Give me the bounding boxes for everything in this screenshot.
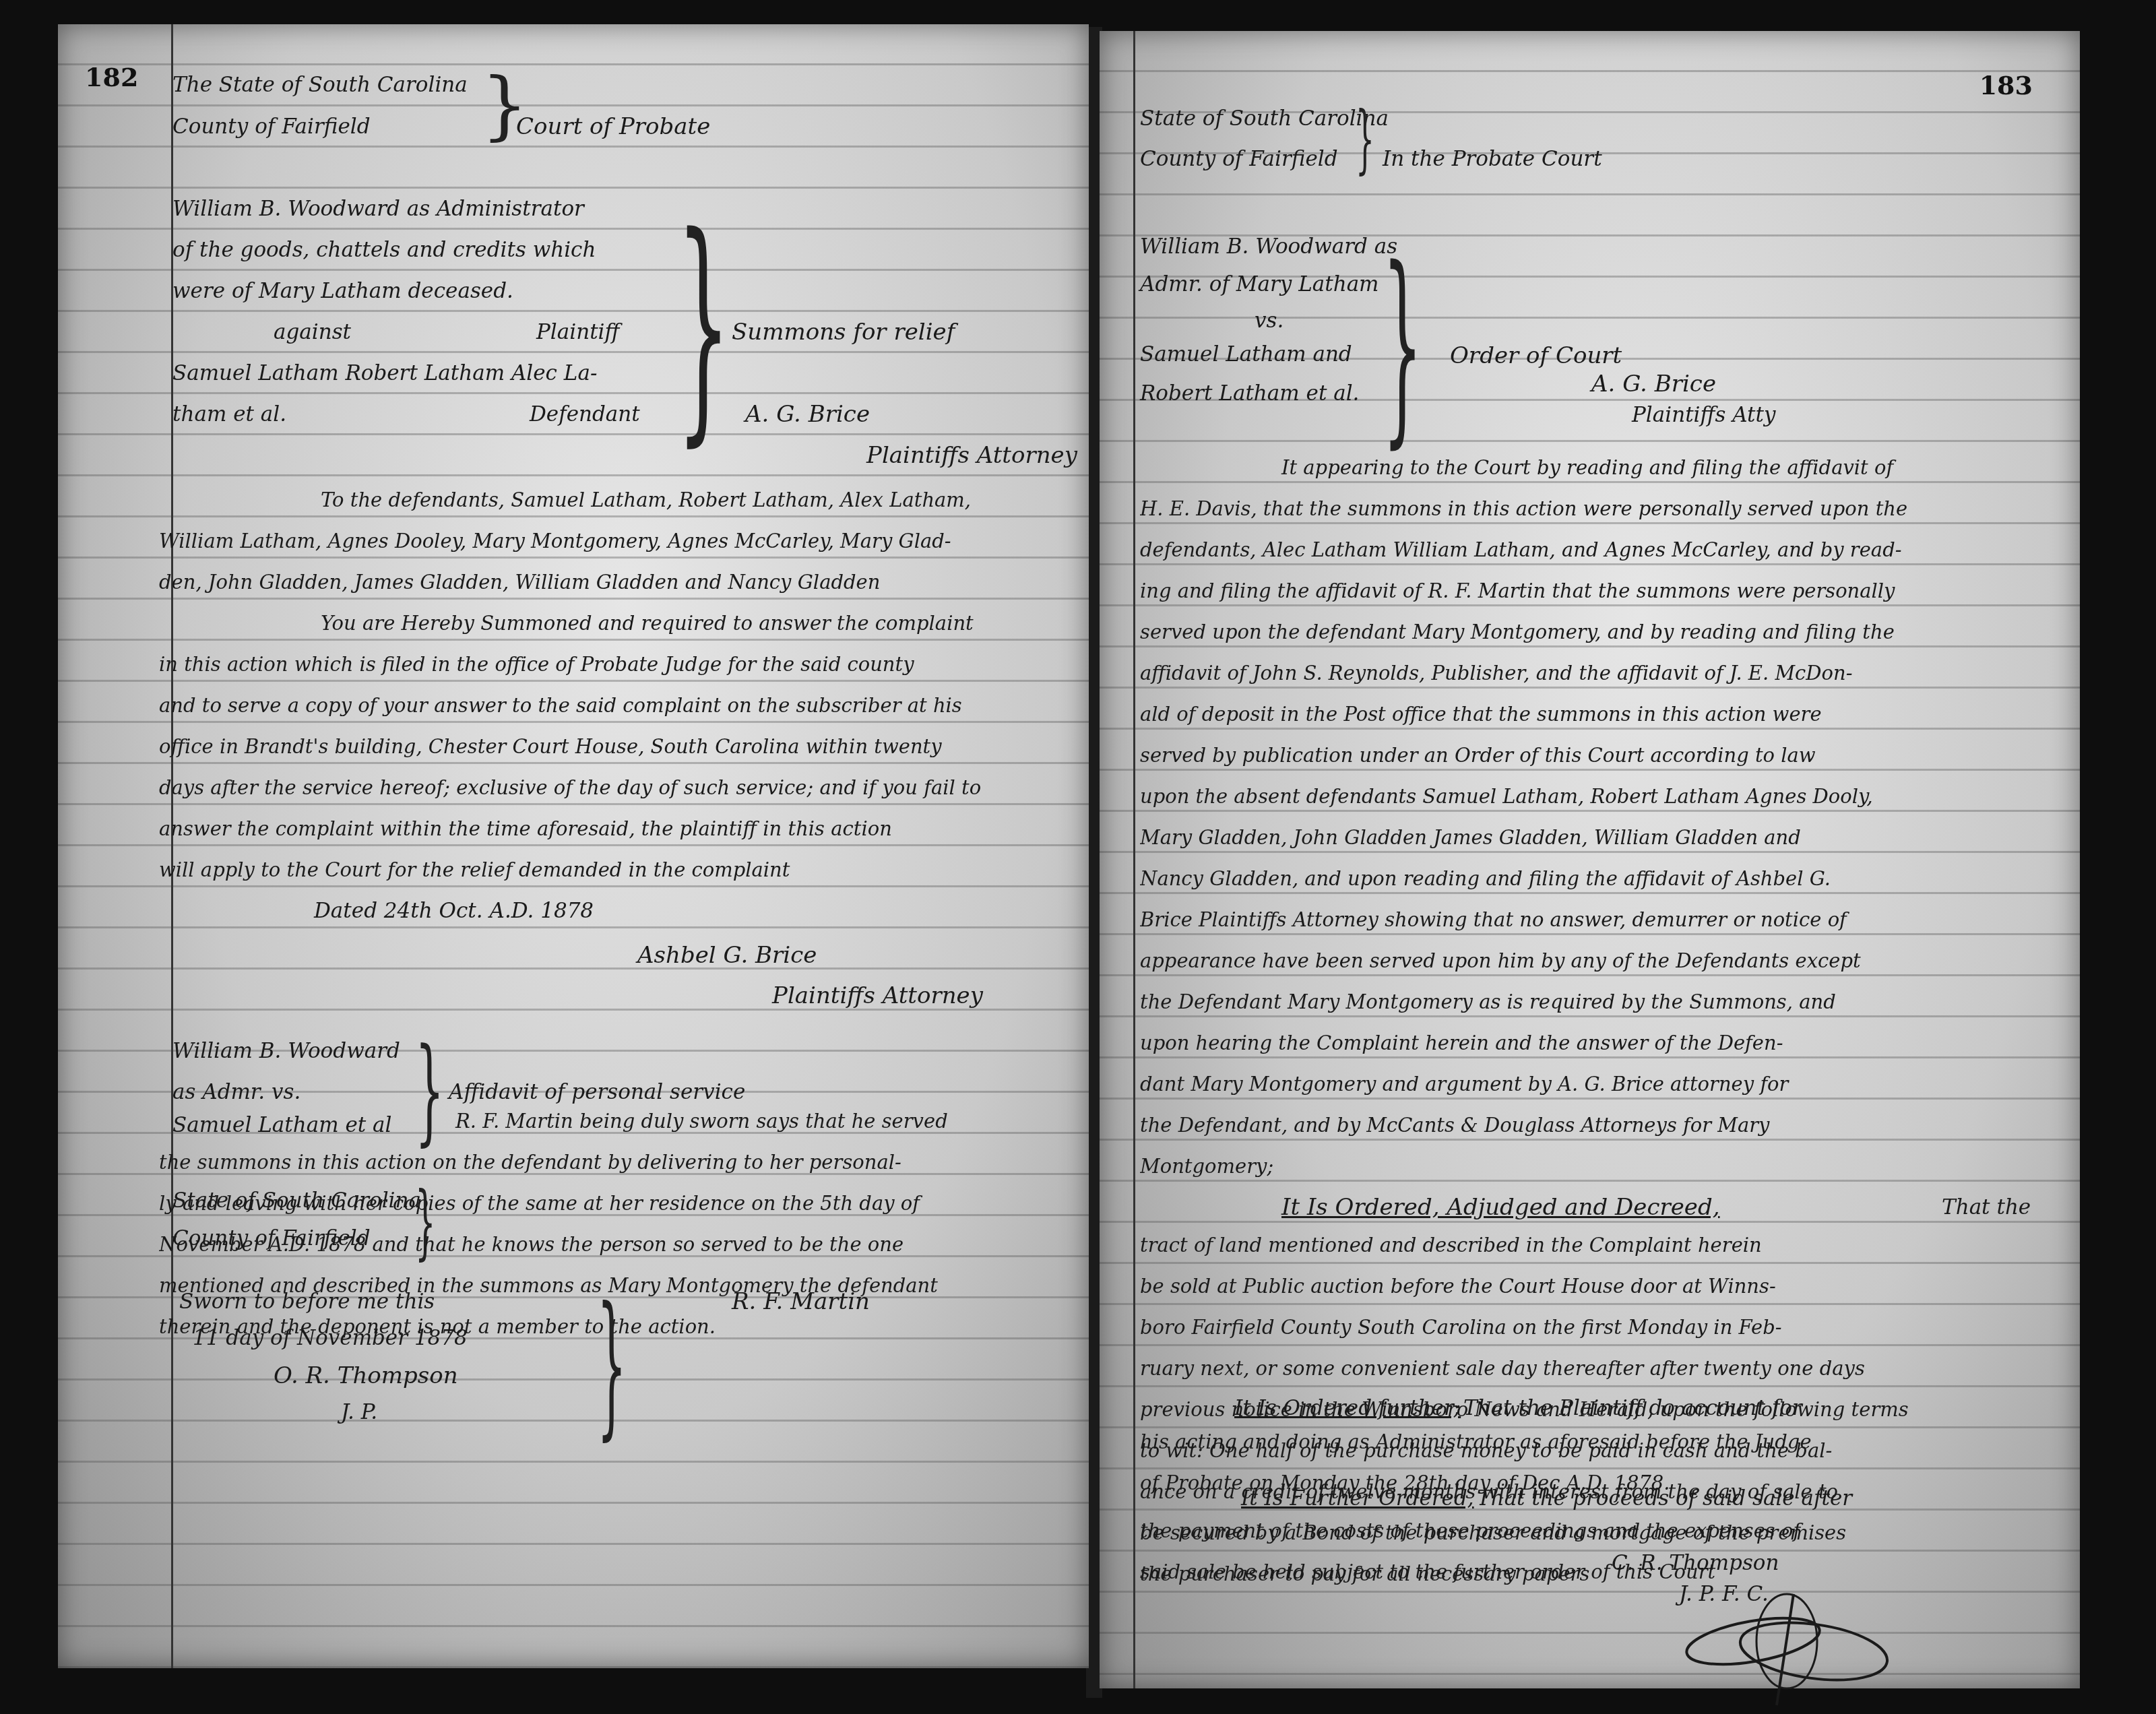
text-line: be sold at Public auction before the Cou… bbox=[1140, 1266, 2070, 1307]
text-line: the summons in this action on the defend… bbox=[159, 1142, 1082, 1183]
text-line: served by publication under an Order of … bbox=[1140, 735, 2070, 776]
signature-flourish-icon bbox=[1679, 1581, 1922, 1709]
text-line: tract of land mentioned and described in… bbox=[1140, 1225, 2070, 1266]
against-label: against bbox=[274, 312, 351, 353]
caption-county: County of Fairfield bbox=[172, 106, 371, 148]
brace: } bbox=[597, 1275, 627, 1455]
summons-body: To the defendants, Samuel Latham, Robert… bbox=[159, 480, 1082, 891]
summons-signature-title: Plaintiffs Attorney bbox=[772, 976, 983, 1017]
text-line: upon the absent defendants Samuel Latham… bbox=[1140, 776, 2070, 817]
text-line: defendants, Alec Latham William Latham, … bbox=[1140, 530, 2070, 571]
text-line: R. F. Martin being duly sworn says that … bbox=[159, 1101, 1082, 1142]
brace: } bbox=[1356, 96, 1374, 182]
affiant-signature: R. F. Martin bbox=[732, 1281, 870, 1323]
text-line: his acting and doing as Administrator as… bbox=[1140, 1422, 2070, 1463]
summons-signature: Ashbel G. Brice bbox=[637, 935, 817, 976]
case-line: William B. Woodward as bbox=[1140, 226, 1397, 267]
jurat-line: Sworn to before me this bbox=[179, 1281, 435, 1323]
text-line: H. E. Davis, that the summons in this ac… bbox=[1140, 488, 2070, 530]
text-line: ly and leaving with her copies of the sa… bbox=[159, 1183, 1082, 1224]
text-line: said sale be held subject to the further… bbox=[1140, 1552, 2070, 1593]
text-line: Mary Gladden, John Gladden James Gladden… bbox=[1140, 817, 2070, 858]
affidavit-caption-line: William B. Woodward bbox=[172, 1031, 400, 1072]
text-line: You are Hereby Summoned and required to … bbox=[159, 603, 1082, 644]
text-line: days after the service hereof; exclusive… bbox=[159, 767, 1082, 808]
text-line: appearance have been served upon him by … bbox=[1140, 941, 2070, 982]
text-line: Brice Plaintiffs Attorney showing that n… bbox=[1140, 899, 2070, 941]
case-line: Admr. of Mary Latham bbox=[1140, 264, 1379, 305]
caption-state: The State of South Carolina bbox=[172, 65, 468, 106]
text-line: William Latham, Agnes Dooley, Mary Montg… bbox=[159, 521, 1082, 562]
page-number: 182 bbox=[85, 62, 138, 92]
text-line: den, John Gladden, James Gladden, Willia… bbox=[159, 562, 1082, 603]
text-line: ruary next, or some convenient sale day … bbox=[1140, 1348, 2070, 1389]
further2-body: the payment of the costs of these procee… bbox=[1140, 1511, 2070, 1593]
dated-line: Dated 24th Oct. A.D. 1878 bbox=[314, 891, 594, 932]
decree-heading: It Is Ordered, Adjudged and Decreed, bbox=[1281, 1187, 1720, 1228]
ledger-spread: 182 The State of South Carolina County o… bbox=[0, 0, 2156, 1714]
case-line: Robert Latham et al. bbox=[1140, 373, 1359, 414]
margin-rule bbox=[1133, 31, 1135, 1688]
jurat-title: J. P. bbox=[341, 1392, 377, 1433]
order-body: It appearing to the Court by reading and… bbox=[1140, 447, 2070, 1187]
text-line: the Defendant Mary Montgomery as is requ… bbox=[1140, 982, 2070, 1023]
text-line: boro Fairfield County South Carolina on … bbox=[1140, 1307, 2070, 1348]
caption-county: County of Fairfield bbox=[1140, 139, 1338, 180]
text-line: dant Mary Montgomery and argument by A. … bbox=[1140, 1064, 2070, 1105]
text-line: upon hearing the Complaint herein and th… bbox=[1140, 1023, 2070, 1064]
plaintiff-line: of the goods, chattels and credits which bbox=[172, 230, 596, 271]
decree-line: That the bbox=[1942, 1187, 2031, 1228]
plaintiff-line: William B. Woodward as Administrator bbox=[172, 189, 584, 230]
jurat-line: 11 day of November 1878 bbox=[193, 1318, 468, 1359]
text-line: in this action which is filed in the off… bbox=[159, 644, 1082, 685]
caption-court: In the Probate Court bbox=[1383, 139, 1602, 180]
text-line: office in Brandt's building, Chester Cou… bbox=[159, 726, 1082, 767]
text-line: It appearing to the Court by reading and… bbox=[1140, 447, 2070, 488]
text-line: and to serve a copy of your answer to th… bbox=[159, 685, 1082, 726]
text-line: To the defendants, Samuel Latham, Robert… bbox=[159, 480, 1082, 521]
attorney-title: Plaintiffs Atty bbox=[1632, 395, 1776, 436]
text-line: affidavit of John S. Reynolds, Publisher… bbox=[1140, 653, 2070, 694]
text-line: Montgomery; bbox=[1140, 1146, 2070, 1187]
jurat-signature: O. R. Thompson bbox=[274, 1356, 458, 1397]
defendant-line: tham et al. bbox=[172, 394, 286, 435]
text-line: answer the complaint within the time afo… bbox=[159, 808, 1082, 850]
page-number: 183 bbox=[1979, 70, 2033, 100]
text-line: November A.D. 1878 and that he knows the… bbox=[159, 1224, 1082, 1265]
defendant-line: Samuel Latham Robert Latham Alec La- bbox=[172, 353, 597, 394]
plaintiff-line: were of Mary Latham deceased. bbox=[172, 271, 513, 312]
text-line: the Defendant, and by McCants & Douglass… bbox=[1140, 1105, 2070, 1146]
plaintiff-label: Plaintiff bbox=[536, 312, 619, 353]
attorney-title: Plaintiffs Attorney bbox=[866, 435, 1077, 476]
attorney-signature: A. G. Brice bbox=[745, 394, 870, 435]
left-page: 182 The State of South Carolina County o… bbox=[58, 24, 1089, 1668]
brace: } bbox=[1383, 224, 1422, 467]
caption-state: State of South Carolina bbox=[1140, 98, 1389, 139]
defendant-label: Defendant bbox=[530, 394, 640, 435]
right-page: 183 State of South Carolina County of Fa… bbox=[1100, 31, 2080, 1688]
text-line: will apply to the Court for the relief d… bbox=[159, 850, 1082, 891]
caption-court: Court of Probate bbox=[516, 106, 710, 148]
case-line: Samuel Latham and bbox=[1140, 334, 1352, 375]
text-line: served upon the defendant Mary Montgomer… bbox=[1140, 612, 2070, 653]
brace: } bbox=[676, 185, 730, 467]
document-type: Summons for relief bbox=[732, 312, 955, 353]
text-line: ald of deposit in the Post office that t… bbox=[1140, 694, 2070, 735]
text-line: the payment of the costs of these procee… bbox=[1140, 1511, 2070, 1552]
text-line: Nancy Gladden, and upon reading and fili… bbox=[1140, 858, 2070, 899]
text-line: ing and filing the affidavit of R. F. Ma… bbox=[1140, 571, 2070, 612]
